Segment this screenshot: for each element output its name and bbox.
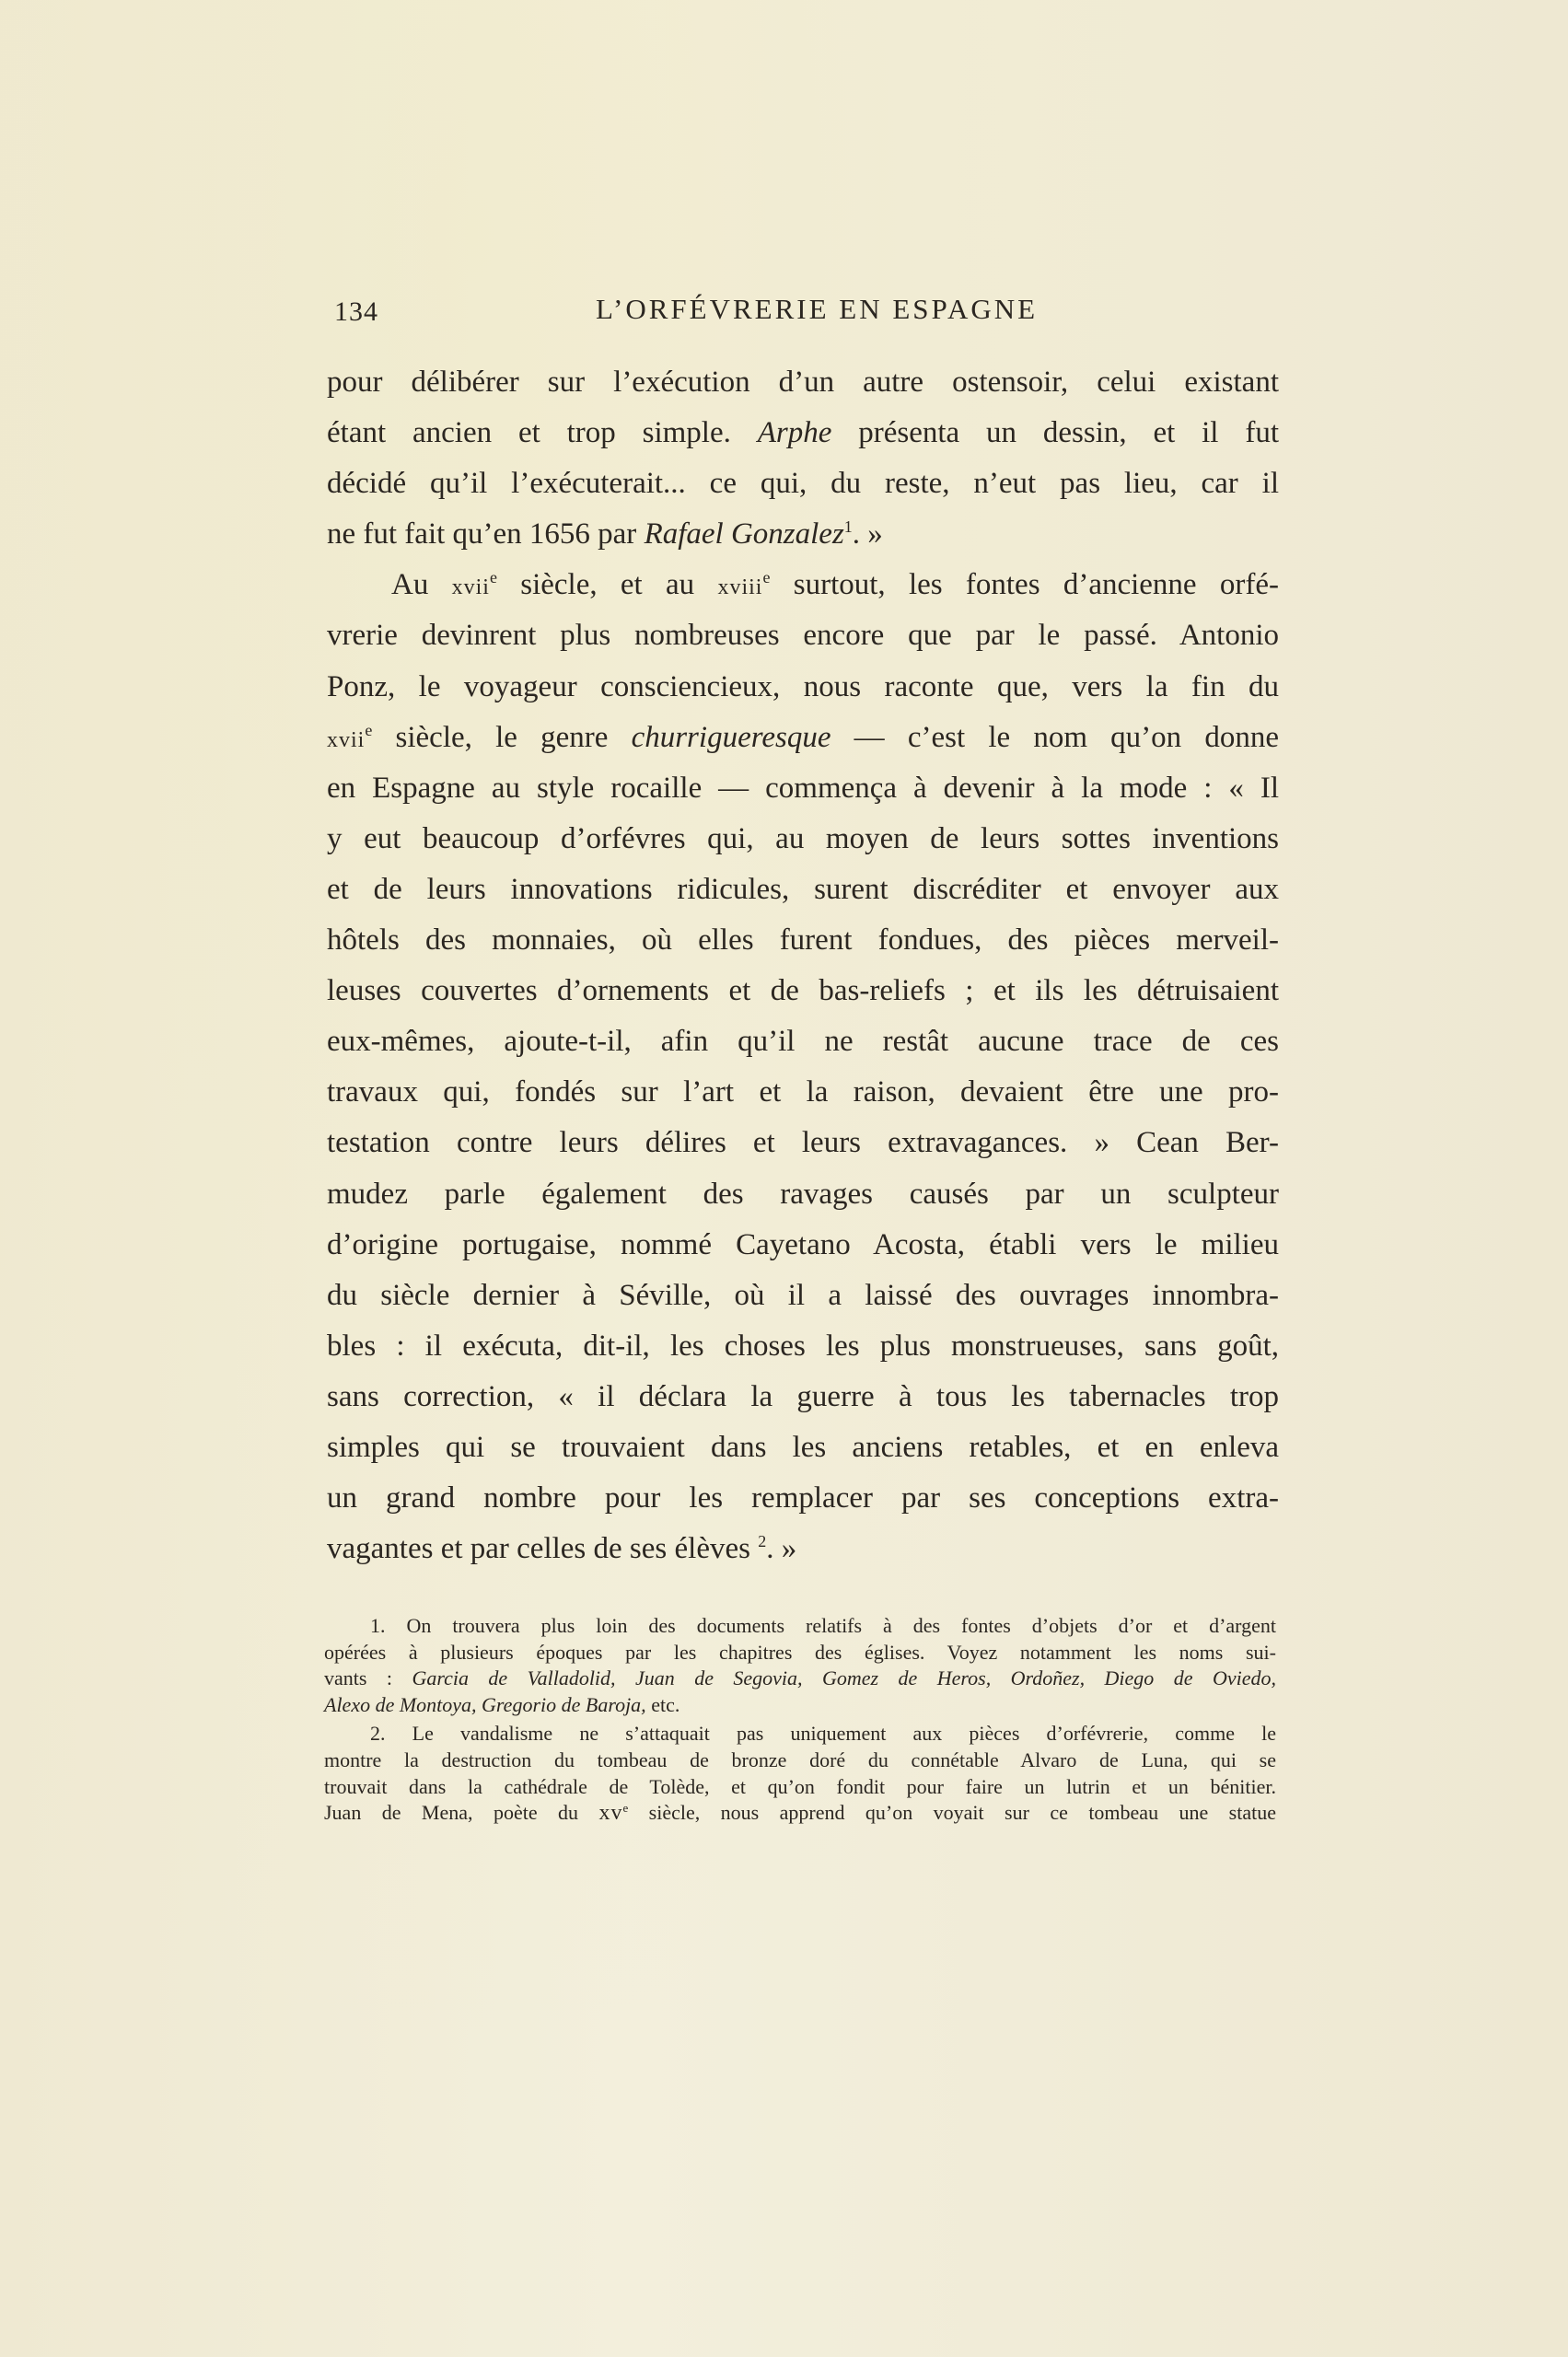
name-rafael-gonzalez: Rafael Gonzalez bbox=[645, 517, 844, 551]
footnote-line: montre la destruction du tombeau de bron… bbox=[324, 1747, 1276, 1774]
footnote-line: 2. Le vandalisme ne s’attaquait pas uniq… bbox=[324, 1721, 1276, 1747]
body-line: et de leurs innovations ridicules, suren… bbox=[327, 865, 1279, 915]
footnote-line: opérées à plusieurs époques par les chap… bbox=[324, 1640, 1276, 1666]
body-line: Ponz, le voyageur consciencieux, nous ra… bbox=[327, 662, 1279, 713]
body-line: étant ancien et trop simple. Arphe prése… bbox=[327, 408, 1279, 459]
footnote-ref-2: 2 bbox=[758, 1532, 766, 1550]
body-line: mudez parle également des ravages causés… bbox=[327, 1169, 1279, 1220]
footnote-ref-1: 1 bbox=[844, 517, 853, 536]
footnote-line: vants : Garcia de Valladolid, Juan de Se… bbox=[324, 1666, 1276, 1692]
footnote-2: 2. Le vandalisme ne s’attaquait pas uniq… bbox=[324, 1721, 1276, 1826]
name-arphe: Arphe bbox=[758, 416, 832, 449]
body-line: Au xviie siècle, et au xviiie surtout, l… bbox=[327, 560, 1279, 610]
running-title: L’ORFÉVRERIE EN ESPAGNE bbox=[327, 293, 1279, 326]
body-line: décidé qu’il l’exécuterait... ce qui, du… bbox=[327, 459, 1279, 509]
footnote-line: Alexo de Montoya, Gregorio de Baroja, et… bbox=[324, 1692, 1276, 1719]
body-line: un grand nombre pour les remplacer par s… bbox=[327, 1473, 1279, 1524]
body-line: bles : il exécuta, dit-il, les choses le… bbox=[327, 1321, 1279, 1372]
body-line: travaux qui, fondés sur l’art et la rais… bbox=[327, 1067, 1279, 1118]
footnote-1: 1. On trouvera plus loin des documents r… bbox=[324, 1613, 1276, 1718]
body-line: sans correction, « il déclara la guerre … bbox=[327, 1372, 1279, 1422]
body-line: testation contre leurs délires et leurs … bbox=[327, 1118, 1279, 1168]
body-line: y eut beaucoup d’orfévres qui, au moyen … bbox=[327, 814, 1279, 865]
footnote-line: Juan de Mena, poète du xve siècle, nous … bbox=[324, 1800, 1276, 1827]
body-line: d’origine portugaise, nommé Cayetano Aco… bbox=[327, 1220, 1279, 1271]
term-churrigueresque: churrigueresque bbox=[632, 721, 831, 754]
running-header: 134 L’ORFÉVRERIE EN ESPAGNE bbox=[327, 293, 1279, 339]
footnotes: 1. On trouvera plus loin des documents r… bbox=[324, 1613, 1276, 1827]
body-line: eux-mêmes, ajoute-t-il, afin qu’il ne re… bbox=[327, 1016, 1279, 1067]
footnote-line: 1. On trouvera plus loin des documents r… bbox=[324, 1613, 1276, 1640]
body-line: en Espagne au style rocaille — commença … bbox=[327, 763, 1279, 814]
body-line: simples qui se trouvaient dans les ancie… bbox=[327, 1422, 1279, 1473]
body-text: pour délibérer sur l’exécution d’un autr… bbox=[327, 357, 1279, 1574]
body-line: vrerie devinrent plus nombreuses encore … bbox=[327, 610, 1279, 661]
body-line: ne fut fait qu’en 1656 par Rafael Gonzal… bbox=[327, 509, 1279, 560]
footnote-line: trouvait dans la cathédrale de Tolède, e… bbox=[324, 1774, 1276, 1801]
body-line: leuses couvertes d’ornements et de bas-r… bbox=[327, 966, 1279, 1016]
body-line: vagantes et par celles de ses élèves 2. … bbox=[327, 1524, 1279, 1574]
book-page: 134 L’ORFÉVRERIE EN ESPAGNE pour délibér… bbox=[0, 0, 1568, 2357]
body-line: xviie siècle, le genre churrigueresque —… bbox=[327, 713, 1279, 763]
body-line: pour délibérer sur l’exécution d’un autr… bbox=[327, 357, 1279, 408]
body-line: du siècle dernier à Séville, où il a lai… bbox=[327, 1271, 1279, 1321]
body-line: hôtels des monnaies, où elles furent fon… bbox=[327, 915, 1279, 966]
